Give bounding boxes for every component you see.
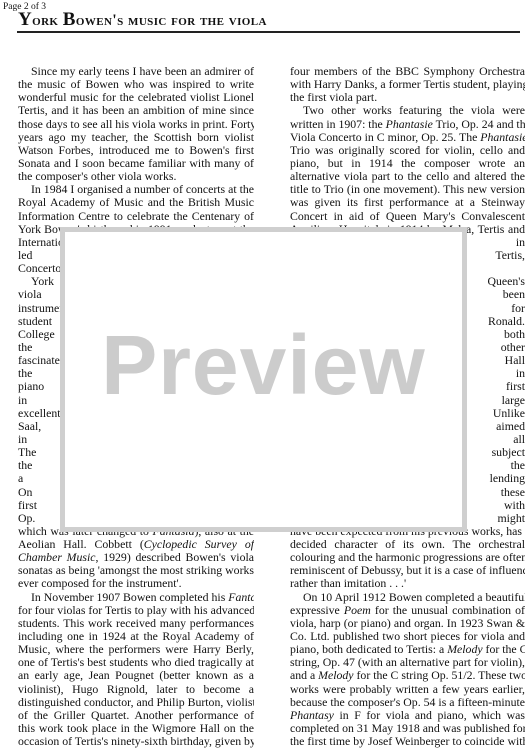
text-line: ever composed for the instrument'. — [18, 577, 254, 590]
text-line: Information Centre to celebrate the Cent… — [18, 210, 254, 223]
text-line: Music, where the performers were Harry B… — [18, 643, 254, 656]
text-line: Watson Forbes, introduced me to Bowen's … — [18, 144, 254, 157]
title-initial-2: B — [63, 9, 76, 30]
text-line: Concert in aid of Queen Mary's Convalesc… — [290, 210, 525, 223]
text-line: this work took place in the Wigmore Hall… — [18, 722, 254, 735]
text-line: students. This work received many perfor… — [18, 617, 254, 630]
text-line: string, Op. 47 (with an alternative part… — [290, 656, 525, 669]
text-line: Aeolian Hall. Cobbett (Cyclopedic Survey… — [18, 538, 254, 551]
text-line: and a Melody for the C string Op. 51/2. … — [290, 669, 525, 682]
preview-overlay: Preview — [60, 227, 467, 532]
text-line: viola, harp (or piano) and organ. In 192… — [290, 617, 525, 630]
text-line: In 1984 I organised a number of concerts… — [18, 183, 254, 196]
text-line: written in 1907: the Phantasie Trio, Op.… — [290, 118, 525, 131]
text-line: title to Trio (in one movement). This ne… — [290, 183, 525, 196]
text-line: Royal Academy of Music and the British M… — [18, 196, 254, 209]
text-line: occasion of Tertis's ninety-sixth birthd… — [18, 735, 254, 748]
title-part-2: owen's music for the viola — [76, 12, 267, 29]
text-line: piano, but in 1914 the composer wrote an — [290, 157, 525, 170]
text-line: alternative viola part to the cello and … — [290, 170, 525, 183]
text-line: Tertis, and it has been an ambition of m… — [18, 104, 254, 117]
text-line: for four violas for Tertis to play with … — [18, 604, 254, 617]
text-line: Phantasy in F for viola and piano, which… — [290, 709, 525, 722]
text-line: Trio was originally scored for violin, c… — [290, 144, 525, 157]
text-line: the music of Bowen who was inspired to w… — [18, 78, 254, 91]
text-line: expressive Poem for the unusual combinat… — [290, 604, 525, 617]
article-title: York Bowen's music for the viola — [18, 11, 267, 30]
text-line: violinist), Hugo Rignold, later to becom… — [18, 683, 254, 696]
text-line: On 10 April 1912 Bowen completed a beaut… — [290, 591, 525, 604]
title-rule — [17, 31, 520, 33]
text-line: of the Griller Quartet. Another performa… — [18, 709, 254, 722]
text-line: decided character of its own. The orches… — [290, 538, 525, 551]
text-line: Two other works featuring the viola were — [290, 104, 525, 117]
text-line: rather than imitation . . .' — [290, 577, 525, 590]
text-line: Sonata and I soon became familiar with m… — [18, 157, 254, 170]
text-line: reminiscent of Debussy, but it is a case… — [290, 564, 525, 577]
text-line: completed on 31 May 1918 and was publish… — [290, 722, 525, 735]
text-line: an early age, Jean Pougnet (better known… — [18, 669, 254, 682]
text-line: years ago my teacher, the Scottish born … — [18, 131, 254, 144]
text-line: piano, both dedicated to Tertis: a Melod… — [290, 643, 525, 656]
text-line: Since my early teens I have been an admi… — [18, 65, 254, 78]
text-line: distinguished conductor, and Philip Burt… — [18, 696, 254, 709]
text-line: the first viola part. — [290, 91, 525, 104]
title-initial-1: Y — [18, 9, 32, 30]
text-line: was given its first performance at a Ste… — [290, 196, 525, 209]
text-line: wonderful music for the celebrated violi… — [18, 91, 254, 104]
text-line: including one in 1924 at the Royal Acade… — [18, 630, 254, 643]
text-line: In November 1907 Bowen completed his Fan… — [18, 591, 254, 604]
text-line: works were probably written a few years … — [290, 683, 525, 696]
text-line: Chamber Music, 1929) described Bowen's v… — [18, 551, 254, 564]
text-line: sonatas as being 'amongst the most strik… — [18, 564, 254, 577]
preview-watermark: Preview — [65, 320, 462, 410]
text-line: those days to see all his viola works in… — [18, 118, 254, 131]
text-line: the composer's other viola works. — [18, 170, 254, 183]
text-line: because the composer's Op. 54 is a fifte… — [290, 696, 525, 709]
text-line: one of Tertis's best students who died t… — [18, 656, 254, 669]
text-line: four members of the BBC Symphony Orchest… — [290, 65, 525, 78]
text-line: Co. Ltd. published two short pieces for … — [290, 630, 525, 643]
text-line: the first time by Josef Weinberger to co… — [290, 735, 525, 748]
text-line: Viola Concerto in C minor, Op. 25. The P… — [290, 131, 525, 144]
text-line: with Harry Danks, a former Tertis studen… — [290, 78, 525, 91]
text-line: colouring and the harmonic progressions … — [290, 551, 525, 564]
title-part-1: ork — [32, 12, 63, 29]
